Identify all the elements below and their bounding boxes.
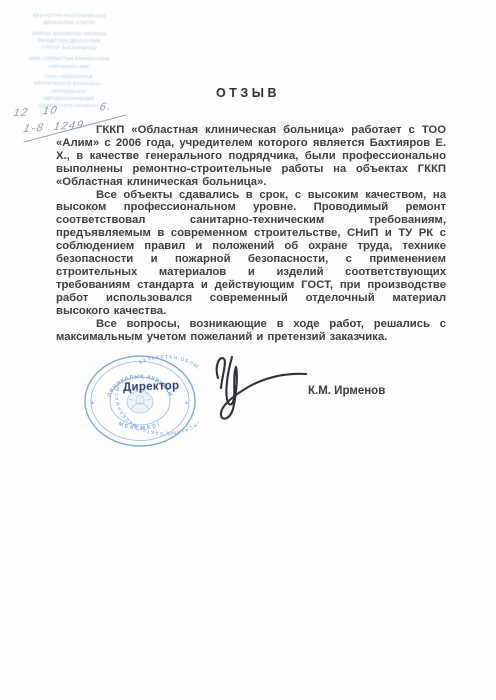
seal-star-right-icon: ✦: [184, 400, 189, 407]
official-seal-stamp: ҚАЗАҚСТАН ОБЛЫСЫ ӘКІМДІГІНІҢ ДЕНСАУЛЫҚ С…: [81, 353, 199, 451]
corner-stamp-line: ДЕНСАУЛЫҚ САҚТАУ: [20, 19, 118, 27]
director-label: Директор: [123, 380, 180, 394]
signatory-name: К.М. Ирменов: [308, 385, 385, 397]
scanned-letter-page: ҚАЗАҚСТАН РЕСПУБЛИКАСЫ ДЕНСАУЛЫҚ САҚТАУ …: [0, 0, 496, 700]
paragraph-3: Все вопросы, возникающие в ходе работ, р…: [56, 318, 446, 344]
document-title: ОТЗЫВ: [0, 86, 496, 100]
corner-stamp-line: САҚТАУ БАСҚАРМАСЫ: [20, 44, 118, 52]
signature-scribble: [203, 346, 315, 426]
paragraph-2: Все объекты сдавались в срок, с высоким …: [56, 189, 446, 318]
seal-star-left-icon: ✦: [90, 400, 95, 407]
document-body: ГККП «Областная клиническая больница» ра…: [56, 124, 446, 343]
paragraph-1: ГККП «Областная клиническая больница» ра…: [56, 124, 446, 189]
corner-stamp-line: АУРУХАНА» МКК: [20, 62, 118, 70]
